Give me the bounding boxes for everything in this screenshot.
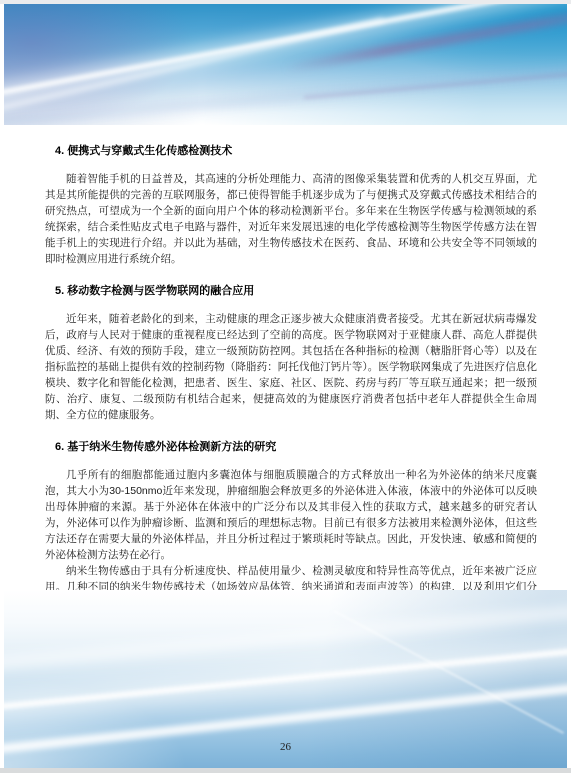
header-decoration xyxy=(4,4,567,125)
section-6-paragraph-1: 几乎所有的细胞都能通过胞内多囊泡体与细胞质膜融合的方式释放出一种名为外泌体的纳米… xyxy=(45,467,537,563)
header-streak-glow xyxy=(4,4,567,108)
section-5-heading: 5. 移动数字检测与医学物联网的融合应用 xyxy=(55,283,537,299)
bottom-edge-strip xyxy=(0,768,571,773)
section-4-heading: 4. 便携式与穿戴式生化传感检测技术 xyxy=(55,143,537,159)
section-4-paragraph: 随着智能手机的日益普及，其高速的分析处理能力、高清的图像采集装置和优秀的人机交互… xyxy=(45,171,537,267)
page-number: 26 xyxy=(0,741,571,753)
document-body: 4. 便携式与穿戴式生化传感检测技术 随着智能手机的日益普及，其高速的分析处理能… xyxy=(45,127,537,627)
section-6-heading: 6. 基于纳米生物传感外泌体检测新方法的研究 xyxy=(55,439,537,455)
section-5-paragraph: 近年来，随着老龄化的到来，主动健康的理念正逐步被大众健康消费者接受。尤其在新冠状… xyxy=(45,311,537,423)
document-page: 4. 便携式与穿戴式生化传感检测技术 随着智能手机的日益普及，其高速的分析处理能… xyxy=(0,0,571,773)
